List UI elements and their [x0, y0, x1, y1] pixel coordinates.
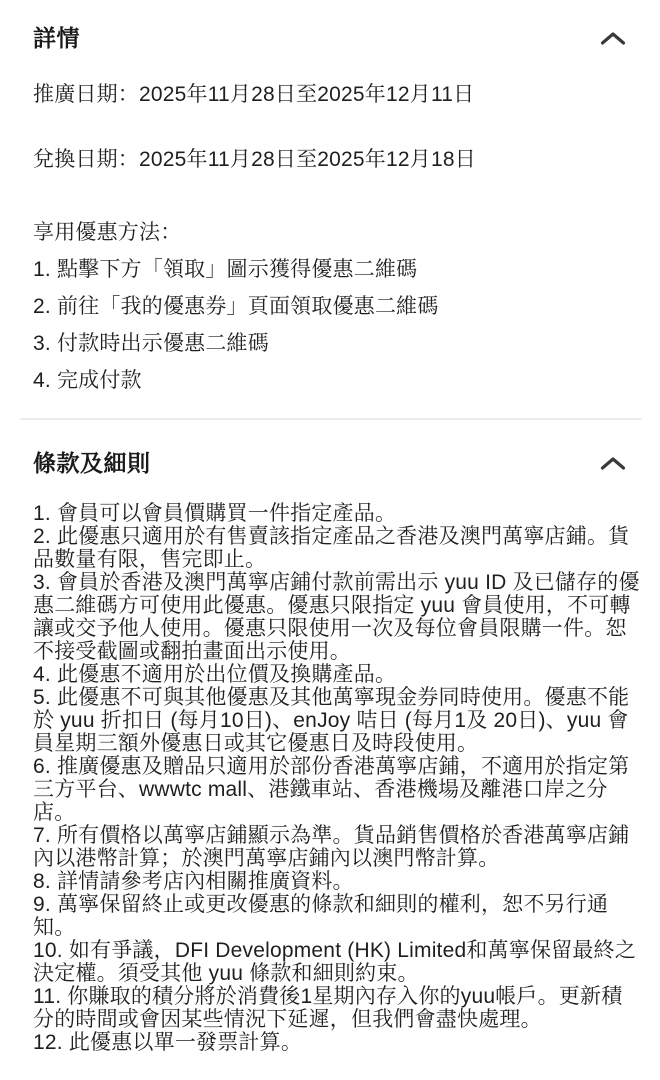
- redeem-step: 4. 完成付款: [33, 362, 640, 399]
- redeem-step: 1. 點擊下方「領取」圖示獲得優惠二維碼: [33, 251, 640, 288]
- terms-item: 2. 此優惠只適用於有售賣該指定產品之香港及澳門萬寧店鋪。貨品數量有限，售完即止…: [33, 525, 640, 571]
- terms-section-title: 條款及細則: [33, 451, 151, 475]
- promotion-dates: 推廣日期：2025年11月28日至2025年12月11日 兌換日期：2025年1…: [33, 84, 640, 171]
- terms-item: 8. 詳情請參考店內相關推廣資料。: [33, 870, 640, 893]
- chevron-up-icon: [600, 456, 626, 471]
- promotion-date-line: 推廣日期：2025年11月28日至2025年12月11日: [33, 84, 640, 106]
- terms-item: 9. 萬寧保留終止或更改優惠的條款和細則的權利，恕不另行通知。: [33, 893, 640, 939]
- redeem-steps: 享用優惠方法： 1. 點擊下方「領取」圖示獲得優惠二維碼 2. 前往「我的優惠券…: [33, 214, 640, 399]
- details-section-header[interactable]: 詳情: [0, 0, 660, 50]
- terms-item: 10. 如有爭議，DFI Development (HK) Limited和萬寧…: [33, 939, 640, 985]
- redeem-step: 2. 前往「我的優惠券」頁面領取優惠二維碼: [33, 288, 640, 325]
- terms-section: 條款及細則 1. 會員可以會員價購買一件指定產品。 2. 此優惠只適用於有售賣該…: [0, 420, 660, 1054]
- terms-item: 1. 會員可以會員價購買一件指定產品。: [33, 502, 640, 525]
- terms-item: 11. 你賺取的積分將於消費後1星期內存入你的yuu帳戶。更新積分的時間或會因某…: [33, 985, 640, 1031]
- terms-item: 4. 此優惠不適用於出位價及換購產品。: [33, 663, 640, 686]
- redeem-steps-title: 享用優惠方法：: [33, 214, 640, 251]
- terms-item: 7. 所有價格以萬寧店鋪顯示為準。貨品銷售價格於香港萬寧店鋪內以港幣計算；於澳門…: [33, 824, 640, 870]
- terms-section-header[interactable]: 條款及細則: [0, 420, 660, 475]
- terms-item: 6. 推廣優惠及贈品只適用於部份香港萬寧店鋪，不適用於指定第三方平台、wwwtc…: [33, 755, 640, 824]
- terms-item: 3. 會員於香港及澳門萬寧店鋪付款前需出示 yuu ID 及已儲存的優惠二維碼方…: [33, 571, 640, 663]
- redemption-date-line: 兌換日期：2025年11月28日至2025年12月18日: [33, 149, 640, 171]
- terms-item: 5. 此優惠不可與其他優惠及其他萬寧現金券同時使用。優惠不能於 yuu 折扣日 …: [33, 686, 640, 755]
- promotion-detail-page: 詳情 推廣日期：2025年11月28日至2025年12月11日 兌換日期：202…: [0, 0, 660, 1080]
- details-section: 詳情 推廣日期：2025年11月28日至2025年12月11日 兌換日期：202…: [0, 0, 660, 399]
- chevron-up-icon: [600, 31, 626, 46]
- terms-item: 12. 此優惠以單一發票計算。: [33, 1031, 640, 1054]
- redeem-step: 3. 付款時出示優惠二維碼: [33, 325, 640, 362]
- terms-list: 1. 會員可以會員價購買一件指定產品。 2. 此優惠只適用於有售賣該指定產品之香…: [0, 502, 660, 1054]
- details-section-title: 詳情: [33, 26, 80, 50]
